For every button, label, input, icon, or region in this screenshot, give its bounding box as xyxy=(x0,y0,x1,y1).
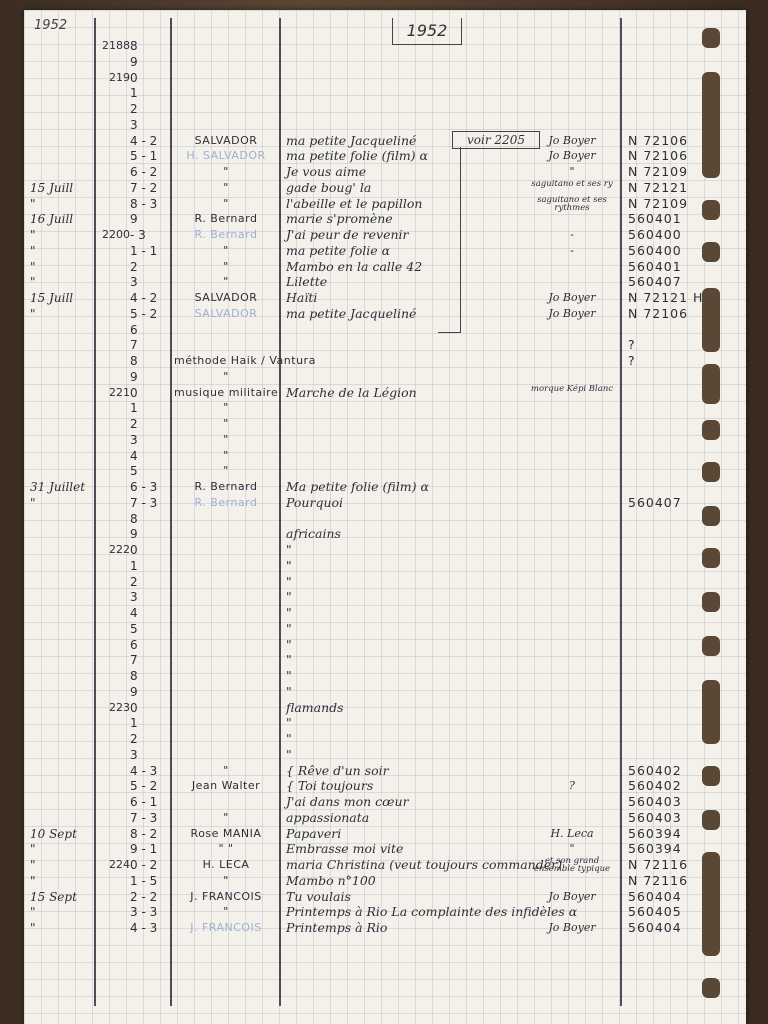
note: ? xyxy=(524,778,620,794)
catalog-number: 1 xyxy=(130,85,170,101)
note: saguitano et ses ry xyxy=(524,180,620,188)
entry-date: " xyxy=(30,920,90,936)
ledger-row: 2" xyxy=(24,731,704,747)
ledger-row: 3" xyxy=(24,432,704,448)
record-reference: 560407 xyxy=(628,495,682,511)
entry-date: " xyxy=(30,873,90,889)
song-title: " xyxy=(286,684,292,700)
ledger-row: 5" xyxy=(24,463,704,479)
catalog-prefix: 2200 xyxy=(86,227,130,243)
artist-name: R. Bernard xyxy=(174,227,278,243)
record-reference: 560400 xyxy=(628,227,682,243)
ledger-row: 8" xyxy=(24,668,704,684)
record-reference: 560407 xyxy=(628,274,682,290)
catalog-number: 3 - 3 xyxy=(130,904,170,920)
catalog-number: 6 xyxy=(130,637,170,653)
ledger-row: "8 - 3"l'abeille et le papillonsaguitano… xyxy=(24,196,704,212)
artist-name: H. SALVADOR xyxy=(174,148,278,164)
ledger-row: "3 - 3"Printemps à Rio La complainte des… xyxy=(24,904,704,920)
artist-name: " xyxy=(174,243,278,259)
ledger-row: "5 - 2SALVADORma petite JacquelinéJo Boy… xyxy=(24,306,704,322)
song-title: marie s'promène xyxy=(286,211,393,227)
note: " xyxy=(524,164,620,180)
catalog-number: 9 xyxy=(130,54,170,70)
ledger-row: 4 - 3"{ Rêve d'un soir560402 xyxy=(24,763,704,779)
song-title: Embrasse moi vite xyxy=(286,841,403,857)
song-title: " xyxy=(286,542,292,558)
binder-hole xyxy=(702,592,720,612)
catalog-number: 2 xyxy=(130,101,170,117)
artist-name: SALVADOR xyxy=(174,306,278,322)
catalog-number: 0 xyxy=(130,70,170,86)
artist-name: " xyxy=(174,448,278,464)
ledger-row: "9 - 1" "Embrasse moi vite"560394 xyxy=(24,841,704,857)
ledger-row: 9" xyxy=(24,369,704,385)
catalog-number: 8 - 3 xyxy=(130,196,170,212)
song-title: Printemps à Rio xyxy=(286,920,387,936)
catalog-number: 1 xyxy=(130,558,170,574)
ledger-row: 4" xyxy=(24,448,704,464)
record-reference: 560404 xyxy=(628,920,682,936)
artist-name: " xyxy=(174,400,278,416)
catalog-number: 8 xyxy=(130,353,170,369)
catalog-number: 0 xyxy=(130,385,170,401)
artist-name: Rose MANIA xyxy=(174,826,278,842)
song-title: { Toi toujours xyxy=(286,778,373,794)
ledger-row: 7" xyxy=(24,652,704,668)
catalog-number: 5 - 1 xyxy=(130,148,170,164)
catalog-number: - 3 xyxy=(130,227,170,243)
catalog-number: 6 - 1 xyxy=(130,794,170,810)
record-reference: N 72109 xyxy=(628,196,688,212)
artist-name: R. Bernard xyxy=(174,479,278,495)
note: Jo Boyer xyxy=(524,920,620,936)
song-title: " xyxy=(286,668,292,684)
ledger-row: 16 Juill9R. Bernardmarie s'promène560401 xyxy=(24,211,704,227)
record-reference: 560403 xyxy=(628,794,682,810)
ledger-row: "1 - 5"Mambo n°100N 72116 xyxy=(24,873,704,889)
catalog-number: 1 - 1 xyxy=(130,243,170,259)
entry-date: 15 Sept xyxy=(30,889,90,905)
catalog-number: 0 xyxy=(130,700,170,716)
note: et son grand ensemble typique xyxy=(524,857,620,873)
song-title: " xyxy=(286,731,292,747)
ledger-row: 8méthode Haik / Vantura? xyxy=(24,353,704,369)
catalog-number: 2 - 2 xyxy=(130,889,170,905)
song-title: ma petite folie (film) α xyxy=(286,148,428,164)
artist-name: " xyxy=(174,196,278,212)
catalog-number: 5 xyxy=(130,621,170,637)
catalog-number: 6 xyxy=(130,322,170,338)
song-title: Je vous aime xyxy=(286,164,366,180)
catalog-number: 7 xyxy=(130,337,170,353)
record-reference: 560403 xyxy=(628,810,682,826)
ledger-row: 4" xyxy=(24,605,704,621)
record-reference: N 72121 xyxy=(628,180,688,196)
song-title: ma petite folie α xyxy=(286,243,390,259)
catalog-number: 9 - 1 xyxy=(130,841,170,857)
record-reference: 560394 xyxy=(628,841,682,857)
binder-hole xyxy=(702,978,720,998)
ledger-row: 1" xyxy=(24,715,704,731)
binder-hole xyxy=(702,242,720,262)
catalog-prefix: 2188 xyxy=(86,38,130,54)
ledger-row: 21888 xyxy=(24,38,704,54)
ledger-row: "3"Lilette560407 xyxy=(24,274,704,290)
ledger-row: "2200- 3R. BernardJ'ai peur de revenir-5… xyxy=(24,227,704,243)
record-reference: 560401 xyxy=(628,211,682,227)
ledger-row: 5" xyxy=(24,621,704,637)
artist-name: méthode Haik / Vantura xyxy=(174,353,278,369)
song-title: " xyxy=(286,574,292,590)
record-reference: N 72121 H xyxy=(628,290,703,306)
ledger-row: 7 - 3"appassionata560403 xyxy=(24,810,704,826)
ledger-row: 6 - 1J'ai dans mon cœur560403 xyxy=(24,794,704,810)
song-title: gade boug' la xyxy=(286,180,371,196)
ledger-row: 3" xyxy=(24,747,704,763)
ledger-row: 2" xyxy=(24,574,704,590)
ledger-row: 15 Juill4 - 2SALVADORHaïtiJo BoyerN 7212… xyxy=(24,290,704,306)
catalog-number: 5 xyxy=(130,463,170,479)
ledger-page: 1952 1952 voir 2205 21888921901234 - 2SA… xyxy=(24,10,746,1024)
artist-name: J. FRANCOIS xyxy=(174,889,278,905)
song-title: Papaveri xyxy=(286,826,341,842)
artist-name: SALVADOR xyxy=(174,290,278,306)
artist-name: Jean Walter xyxy=(174,778,278,794)
catalog-number: 3 xyxy=(130,274,170,290)
record-reference: 560402 xyxy=(628,763,682,779)
artist-name: " xyxy=(174,259,278,275)
ledger-row: 8 xyxy=(24,511,704,527)
artist-name: " " xyxy=(174,841,278,857)
record-reference: 560402 xyxy=(628,778,682,794)
entry-date: " xyxy=(30,841,90,857)
note: Jo Boyer xyxy=(524,133,620,149)
catalog-number: 7 xyxy=(130,652,170,668)
catalog-number: 4 - 3 xyxy=(130,763,170,779)
song-title: Printemps à Rio La complainte des infidè… xyxy=(286,904,577,920)
artist-name: " xyxy=(174,810,278,826)
binder-hole xyxy=(702,766,720,786)
record-reference: 560394 xyxy=(628,826,682,842)
ledger-row: 2230flamands xyxy=(24,700,704,716)
entry-date: " xyxy=(30,904,90,920)
artist-name: " xyxy=(174,904,278,920)
artist-name: R. Bernard xyxy=(174,495,278,511)
note: H. Leca xyxy=(524,826,620,842)
record-reference: N 72106 xyxy=(628,133,688,149)
binder-hole xyxy=(702,28,720,48)
note: Jo Boyer xyxy=(524,889,620,905)
binder-hole xyxy=(702,506,720,526)
catalog-number: 1 xyxy=(130,400,170,416)
ledger-row: 5 - 1H. SALVADORma petite folie (film) α… xyxy=(24,148,704,164)
catalog-number: 4 xyxy=(130,448,170,464)
song-title: Haïti xyxy=(286,290,317,306)
record-reference: N 72116 xyxy=(628,873,688,889)
ledger-row: 3 xyxy=(24,117,704,133)
catalog-number: 8 xyxy=(130,668,170,684)
record-reference: ? xyxy=(628,337,636,353)
ledger-row: 9" xyxy=(24,684,704,700)
catalog-prefix: 219 xyxy=(86,70,130,86)
ledger-row: 2190 xyxy=(24,70,704,86)
ledger-row: 2220" xyxy=(24,542,704,558)
ledger-row: "7 - 3R. BernardPourquoi560407 xyxy=(24,495,704,511)
artist-name: SALVADOR xyxy=(174,133,278,149)
entry-date: " xyxy=(30,857,90,873)
note: Jo Boyer xyxy=(524,306,620,322)
ledger-row: 6" xyxy=(24,637,704,653)
entry-date: " xyxy=(30,227,90,243)
catalog-number: 3 xyxy=(130,589,170,605)
binder-hole xyxy=(702,810,720,830)
song-title: maria Christina (veut toujours commander… xyxy=(286,857,562,873)
catalog-number: 7 - 3 xyxy=(130,495,170,511)
binder-hole xyxy=(702,636,720,656)
record-reference: ? xyxy=(628,353,636,369)
catalog-number: 5 - 2 xyxy=(130,778,170,794)
ledger-row: 2 xyxy=(24,101,704,117)
artist-name: " xyxy=(174,463,278,479)
note: - xyxy=(524,243,620,259)
ledger-row: 31 Juillet6 - 3R. BernardMa petite folie… xyxy=(24,479,704,495)
entry-date: 31 Juillet xyxy=(30,479,90,495)
binder-hole xyxy=(702,364,720,404)
catalog-number: 4 xyxy=(130,605,170,621)
catalog-number: 5 - 2 xyxy=(130,306,170,322)
ledger-row: "2240 - 2H. LECAmaria Christina (veut to… xyxy=(24,857,704,873)
song-title: " xyxy=(286,558,292,574)
ledger-row: 9africains xyxy=(24,526,704,542)
catalog-number: 4 - 2 xyxy=(130,290,170,306)
artist-name: " xyxy=(174,416,278,432)
song-title: J'ai dans mon cœur xyxy=(286,794,409,810)
song-title: " xyxy=(286,589,292,605)
catalog-number: 1 - 5 xyxy=(130,873,170,889)
catalog-number: 7 - 3 xyxy=(130,810,170,826)
artist-name: R. Bernard xyxy=(174,211,278,227)
record-reference: 560400 xyxy=(628,243,682,259)
note: " xyxy=(524,841,620,857)
song-title: ma petite Jacqueliné xyxy=(286,306,416,322)
ledger-row: 1" xyxy=(24,558,704,574)
catalog-number: 4 - 3 xyxy=(130,920,170,936)
artist-name: H. LECA xyxy=(174,857,278,873)
binder-hole xyxy=(702,548,720,568)
artist-name: " xyxy=(174,763,278,779)
song-title: Pourquoi xyxy=(286,495,343,511)
catalog-number: 3 xyxy=(130,432,170,448)
artist-name: " xyxy=(174,432,278,448)
corner-year: 1952 xyxy=(34,18,67,33)
song-title: J'ai peur de revenir xyxy=(286,227,409,243)
entry-date: " xyxy=(30,306,90,322)
catalog-number: 9 xyxy=(130,526,170,542)
artist-name: " xyxy=(174,873,278,889)
song-title: " xyxy=(286,715,292,731)
ledger-row: 9 xyxy=(24,54,704,70)
note: Jo Boyer xyxy=(524,148,620,164)
song-title: Marche de la Légion xyxy=(286,385,417,401)
song-title: " xyxy=(286,605,292,621)
catalog-number: 2 xyxy=(130,416,170,432)
ledger-row: 5 - 2Jean Walter{ Toi toujours?560402 xyxy=(24,778,704,794)
note: morque Képi Blanc xyxy=(524,385,620,393)
song-title: Tu voulais xyxy=(286,889,351,905)
catalog-prefix: 222 xyxy=(86,542,130,558)
entry-date: 16 Juill xyxy=(30,211,90,227)
record-reference: 560401 xyxy=(628,259,682,275)
entry-date: " xyxy=(30,495,90,511)
binder-hole xyxy=(702,420,720,440)
catalog-number: 2 xyxy=(130,731,170,747)
song-title: " xyxy=(286,747,292,763)
catalog-number: 8 - 2 xyxy=(130,826,170,842)
catalog-number: 6 - 3 xyxy=(130,479,170,495)
ledger-row: "2"Mambo en la calle 42560401 xyxy=(24,259,704,275)
song-title: { Rêve d'un soir xyxy=(286,763,389,779)
note: saguitano et ses rythmes xyxy=(524,196,620,212)
entry-date: " xyxy=(30,259,90,275)
catalog-prefix: 221 xyxy=(86,385,130,401)
song-title: flamands xyxy=(286,700,344,716)
ledger-row: 15 Sept2 - 2J. FRANCOISTu voulaisJo Boye… xyxy=(24,889,704,905)
binder-hole xyxy=(702,200,720,220)
catalog-number: 7 - 2 xyxy=(130,180,170,196)
artist-name: " xyxy=(174,180,278,196)
song-title: " xyxy=(286,652,292,668)
record-reference: N 72116 xyxy=(628,857,688,873)
catalog-number: 8 xyxy=(130,511,170,527)
entry-date: 15 Juill xyxy=(30,180,90,196)
artist-name: " xyxy=(174,369,278,385)
binder-slot xyxy=(702,852,720,956)
ledger-row: 1 xyxy=(24,85,704,101)
ledger-row: 6 - 2"Je vous aime"N 72109 xyxy=(24,164,704,180)
catalog-number: 9 xyxy=(130,369,170,385)
record-reference: N 72106 xyxy=(628,306,688,322)
ledger-row: 4 - 2SALVADORma petite JacquelinéJo Boye… xyxy=(24,133,704,149)
song-title: Lilette xyxy=(286,274,327,290)
song-title: Ma petite folie (film) α xyxy=(286,479,429,495)
record-reference: 560404 xyxy=(628,889,682,905)
song-title: africains xyxy=(286,526,341,542)
catalog-number: 2 xyxy=(130,259,170,275)
song-title: ma petite Jacqueliné xyxy=(286,133,416,149)
ledger-row: 3" xyxy=(24,589,704,605)
catalog-number: 9 xyxy=(130,684,170,700)
artist-name: musique militaire xyxy=(174,385,278,401)
record-reference: N 72109 xyxy=(628,164,688,180)
catalog-number: 0 xyxy=(130,542,170,558)
catalog-number: 3 xyxy=(130,117,170,133)
artist-name: J. FRANCOIS xyxy=(174,920,278,936)
ledger-row: 15 Juill7 - 2"gade boug' lasaguitano et … xyxy=(24,180,704,196)
song-title: Mambo en la calle 42 xyxy=(286,259,422,275)
catalog-number: 4 - 2 xyxy=(130,133,170,149)
ledger-row: 2210musique militaireMarche de la Légion… xyxy=(24,385,704,401)
entry-date: " xyxy=(30,196,90,212)
ledger-row: 7? xyxy=(24,337,704,353)
song-title: appassionata xyxy=(286,810,369,826)
entry-date: " xyxy=(30,274,90,290)
catalog-prefix: 224 xyxy=(86,857,130,873)
song-title: Mambo n°100 xyxy=(286,873,376,889)
note: - xyxy=(524,227,620,243)
note: Jo Boyer xyxy=(524,290,620,306)
artist-name: " xyxy=(174,164,278,180)
record-reference: N 72106 xyxy=(628,148,688,164)
catalog-number: 0 - 2 xyxy=(130,857,170,873)
catalog-number: 2 xyxy=(130,574,170,590)
ledger-row: 1" xyxy=(24,400,704,416)
ledger-row: "1 - 1"ma petite folie α-560400 xyxy=(24,243,704,259)
catalog-number: 1 xyxy=(130,715,170,731)
song-title: l'abeille et le papillon xyxy=(286,196,422,212)
binder-slot xyxy=(702,680,720,744)
entry-date: 15 Juill xyxy=(30,290,90,306)
catalog-number: 3 xyxy=(130,747,170,763)
binder-hole xyxy=(702,462,720,482)
catalog-number: 6 - 2 xyxy=(130,164,170,180)
song-title: " xyxy=(286,637,292,653)
catalog-number: 8 xyxy=(130,38,170,54)
binder-slot xyxy=(702,288,720,352)
song-title: " xyxy=(286,621,292,637)
artist-name: " xyxy=(174,274,278,290)
catalog-prefix: 223 xyxy=(86,700,130,716)
record-reference: 560405 xyxy=(628,904,682,920)
entry-date: 10 Sept xyxy=(30,826,90,842)
entry-date: " xyxy=(30,243,90,259)
catalog-number: 9 xyxy=(130,211,170,227)
binder-slot xyxy=(702,72,720,178)
ledger-row: 6 xyxy=(24,322,704,338)
ledger-row: 2" xyxy=(24,416,704,432)
ledger-row: "4 - 3J. FRANCOISPrintemps à RioJo Boyer… xyxy=(24,920,704,936)
ledger-row: 10 Sept8 - 2Rose MANIAPapaveriH. Leca560… xyxy=(24,826,704,842)
